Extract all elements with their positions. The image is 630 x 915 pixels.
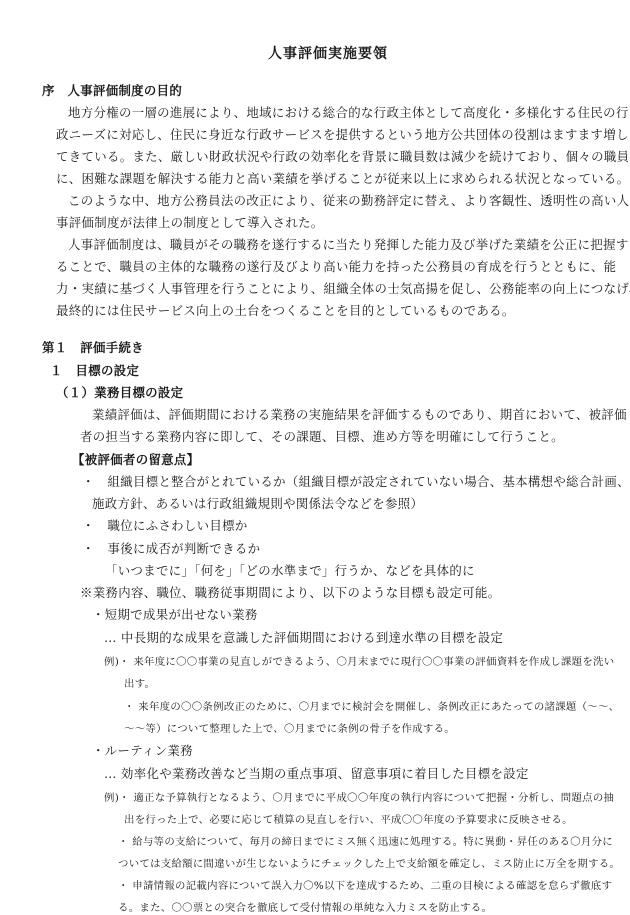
remark: ※業務内容、職位、職務従事期間により、以下のような目標も設定可能。 [80, 585, 500, 601]
example-line: る。また、〇〇票との突合を徹底して受付情報の単純な入力ミスを防止する。 [118, 900, 492, 915]
example-line: 出を行った上で、必要に応じて積算の見直しを行い、平成〇〇年度の予算要求に反映させ… [124, 812, 573, 828]
routine-desc: … 効率化や業務改善など当期の重点事項、留意事項に着目した目標を設定 [104, 766, 529, 782]
example-line: 例)・ 適正な予算執行となるよう、〇月までに平成〇〇年度の執行内容について把握・… [104, 790, 614, 806]
example-line: 出す。 [124, 676, 155, 692]
preface-line: ることで、職員の主体的な職務の遂行及びより高い能力を持った公務員の育成を行うとと… [56, 259, 616, 275]
example-line: ～～等）について整理した上で、〇月までに条例の骨子を作成する。 [124, 721, 455, 737]
example-line: ついては支給額に間違いが生じないようにチェックした上で支給額を確定し、ミス防止に… [118, 856, 620, 872]
example-line: ・ 来年度の〇〇条例改正のために、〇月までに検討会を開催し、条例改正にあたっての… [124, 699, 619, 715]
example-line: ・ 申請情報の記載内容について誤入力〇%以下を達成するため、二重の目検による確認… [118, 878, 612, 894]
note-item: ・ 組織目標と整合がとれているか（組織目標が設定されていない場合、基本構想や総合… [82, 474, 630, 490]
section-heading: 第１ 評価手続き [42, 340, 144, 356]
subsection-heading: １ 目標の設定 [50, 363, 139, 379]
preface-line: 地方分権の一層の進展により、地域における総合的な行政主体として高度化・多様化する… [68, 105, 629, 121]
routine-label: ・ルーティン業務 [92, 743, 193, 759]
preface-line: に、困難な課題を解決する能力と高い業績を挙げることが従来以上に求められる状況とな… [56, 171, 629, 187]
preface-heading: 序 人事評価制度の目的 [42, 83, 182, 99]
preface-line: 政ニーズに対応し、住民に身近な行政サービスを提供するという地方公共団体の役割はま… [56, 127, 629, 143]
note-item: 「いつまでに」「何を」「どの水準まで」行うか、などを具体的に [105, 563, 475, 579]
note-item: ・ 事後に成否が判断できるか [82, 541, 260, 557]
preface-line: 力・実績に基づく人事管理を行うことにより、組織全体の士気高揚を促し、公務能率の向… [56, 281, 630, 297]
preface-line: このような中、地方公務員法の改正により、従来の勤務評定に替え、より客観性、透明性… [68, 193, 629, 209]
short-term-desc: … 中長期的な成果を意識した評価期間における到達水準の目標を設定 [104, 630, 503, 646]
example-line: 例)・ 来年度に〇〇事業の見直しができるよう、〇月末までに現行〇〇事業の評価資料… [104, 654, 614, 670]
preface-line: 最終的には住民サービス向上の土台をつくることを目的としているものである。 [56, 303, 515, 319]
document-title: 人事評価実施要領 [268, 46, 388, 62]
preface-line: てきている。また、厳しい財政状況や行政の効率化を背景に職員数は減少を続けており、… [56, 149, 629, 165]
preface-line: 人事評価制度は、職員がその職務を遂行するに当たり発揮した能力及び挙げた業績を公正… [68, 237, 629, 253]
notes-heading: 【被評価者の留意点】 [72, 452, 199, 468]
item-heading: （１）業務目標の設定 [56, 385, 183, 401]
intro-line: 者の担当する業務内容に即して、その課題、目標、進め方等を明確にして行うこと。 [80, 429, 564, 445]
intro-line: 業績評価は、評価期間における業務の実施結果を評価するものであり、期首において、被… [92, 407, 627, 423]
short-term-label: ・短期で成果が出せない業務 [92, 607, 258, 623]
note-item: ・ 職位にふさわしい目標か [82, 518, 248, 534]
note-item: 施政方針、あるいは行政組織規則や関係法令などを参照） [92, 496, 423, 512]
preface-line: 事評価制度が法律上の制度として導入された。 [56, 215, 324, 231]
example-line: ・ 給与等の支給について、毎月の締日までにミス無く迅速に処理する。特に異動・昇任… [118, 834, 613, 850]
